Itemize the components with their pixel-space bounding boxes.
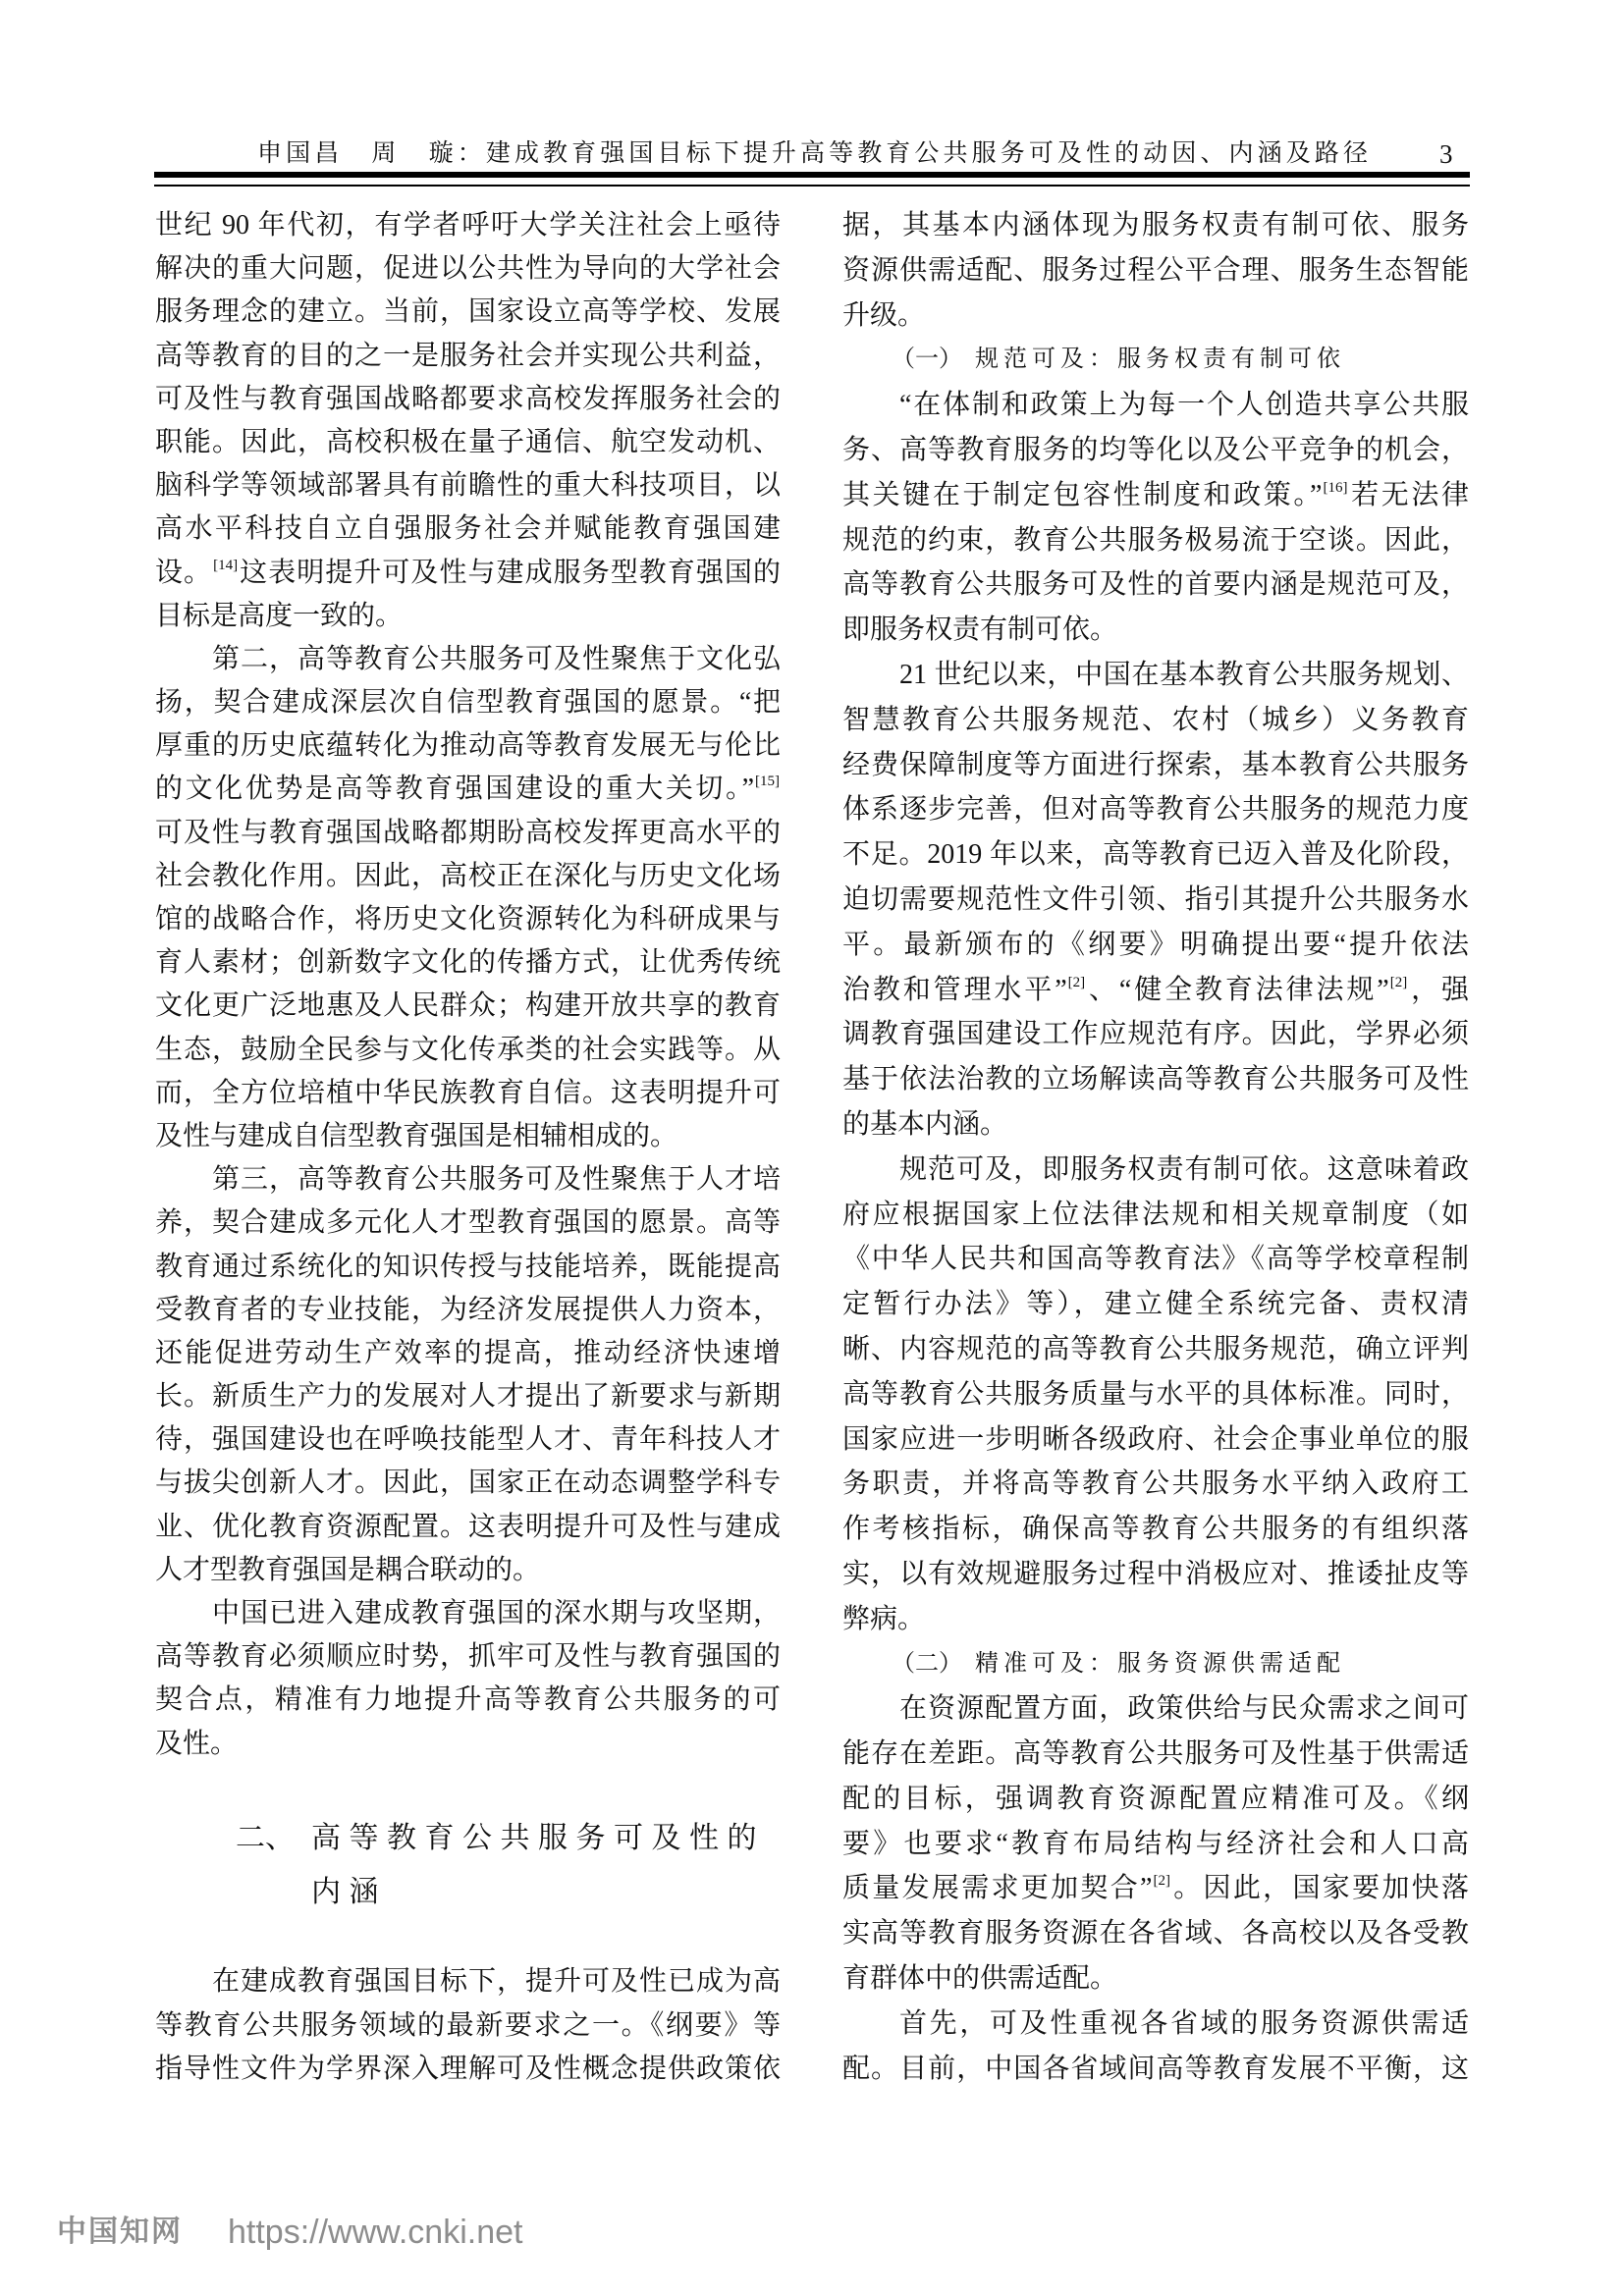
- text-segment: 业、优化教育资源配置。这表明提升可及性与建成: [155, 1512, 781, 1542]
- subheading: （二）精准可及：服务资源供需适配: [842, 1642, 1469, 1687]
- text-line: 教育通过系统化的知识传授与技能培养，既能提高: [155, 1246, 781, 1289]
- text-segment: 第二，高等教育公共服务可及性聚焦于文化弘: [212, 644, 781, 674]
- header-rule-thick: [154, 172, 1470, 178]
- running-header: 申国昌 周 璇：建成教育强国目标下提升高等教育公共服务可及性的动因、内涵及路径: [257, 139, 1368, 169]
- column-left: 世纪 90 年代初，有学者呼吁大学关注社会上亟待解决的重大问题，促进以公共性为导…: [155, 204, 781, 2091]
- text-segment: 可及性与教育强国战略都期盼高校发挥更高水平的: [155, 818, 781, 848]
- paragraph: “在体制和政策上为每一个人创造共享公共服务、高等教育服务的均等化以及公平竞争的机…: [842, 383, 1469, 653]
- text-segment: 中国已进入建成教育强国的深水期与攻坚期，: [212, 1598, 781, 1629]
- text-segment: 经费保障制度等方面进行探索，基本教育公共服务: [842, 750, 1469, 780]
- text-segment: 作考核指标，确保高等教育公共服务的有组织落: [842, 1514, 1469, 1544]
- text-line: 其关键在于制定包容性制度和政策。”[16]若无法律: [842, 473, 1469, 518]
- text-line: 国家应进一步明晰各级政府、社会企事业单位的服: [842, 1417, 1469, 1463]
- text-line: 配的目标，强调教育资源配置应精准可及。《纲: [842, 1777, 1469, 1822]
- text-segment: 等教育公共服务领域的最新要求之一。《纲要》等: [155, 2010, 781, 2041]
- text-line: 高水平科技自立自强服务社会并赋能教育强国建: [155, 507, 781, 551]
- text-line: 长。新质生产力的发展对人才提出了新要求与新期: [155, 1375, 781, 1418]
- text-line: 文化更广泛地惠及人民群众；构建开放共享的教育: [155, 985, 781, 1028]
- text-segment: 配。目前，中国各省域间高等教育发展不平衡，这: [842, 2054, 1469, 2084]
- text-line: 设。[14]这表明提升可及性与建成服务型教育强国的: [155, 552, 781, 595]
- text-segment: 不足。2019 年以来，高等教育已迈入普及化阶段，: [842, 839, 1469, 870]
- text-line: 《中华人民共和国高等教育法》《高等学校章程制: [842, 1237, 1469, 1282]
- text-segment: 升级。: [842, 300, 925, 331]
- text-segment: 体系逐步完善，但对高等教育公共服务的规范力度: [842, 794, 1469, 825]
- subheading-title: 精准可及：服务资源供需适配: [975, 1651, 1345, 1677]
- header-article-title: 建成教育强国目标下提升高等教育公共服务可及性的动因、内涵及路径: [486, 140, 1368, 167]
- text-line: 资源供需适配、服务过程公平合理、服务生态智能: [842, 248, 1469, 294]
- text-segment: 的文化优势是高等教育强国建设的重大关切。”: [155, 774, 754, 804]
- text-segment: 厚重的历史底蕴转化为推动高等教育发展无与伦比: [155, 730, 781, 761]
- text-segment: 及性。: [155, 1729, 238, 1759]
- text-segment: “在体制和政策上为每一个人创造共享公共服: [899, 390, 1469, 420]
- paragraph: 据，其基本内涵体现为服务权责有制可依、服务资源供需适配、服务过程公平合理、服务生…: [842, 203, 1469, 338]
- text-segment: 社会教化作用。因此，高校正在深化与历史文化场: [155, 861, 781, 891]
- text-line: 要》也要求“教育布局结构与经济社会和人口高: [842, 1822, 1469, 1867]
- text-line: 第三，高等教育公共服务可及性聚焦于人才培: [155, 1158, 781, 1201]
- paragraph: 21 世纪以来，中国在基本教育公共服务规划、智慧教育公共服务规范、农村（城乡）义…: [842, 653, 1469, 1148]
- text-line: 作考核指标，确保高等教育公共服务的有组织落: [842, 1507, 1469, 1552]
- text-segment: 与拔尖创新人才。因此，国家正在动态调整学科专: [155, 1468, 781, 1498]
- page-number: 3: [1439, 139, 1453, 169]
- text-line: 晰、内容规范的高等教育公共服务规范，确立评判: [842, 1327, 1469, 1372]
- text-segment: 实高等教育服务资源在各省域、各高校以及各受教: [842, 1918, 1469, 1949]
- text-line: 脑科学等领域部署具有前瞻性的重大科技项目，以: [155, 464, 781, 507]
- text-segment: 实，以有效规避服务过程中消极应对、推诿扯皮等: [842, 1559, 1469, 1589]
- text-segment: 解决的重大问题，促进以公共性为导向的大学社会: [155, 253, 781, 284]
- text-line: 定暂行办法》等），建立健全系统完备、责权清: [842, 1282, 1469, 1327]
- text-segment: 首先，可及性重视各省域的服务资源供需适: [899, 2008, 1469, 2039]
- text-segment: 高水平科技自立自强服务社会并赋能教育强国建: [155, 513, 781, 544]
- text-line: 与拔尖创新人才。因此，国家正在动态调整学科专: [155, 1462, 781, 1505]
- citation-marker: [2]: [1067, 975, 1087, 990]
- text-line: 据，其基本内涵体现为服务权责有制可依、服务: [842, 203, 1469, 248]
- citation-marker: [2]: [1389, 975, 1409, 990]
- text-line: 基于依法治教的立场解读高等教育公共服务可及性: [842, 1057, 1469, 1102]
- text-segment: 及性与建成自信型教育强国是相辅相成的。: [155, 1121, 677, 1151]
- text-segment: 晰、内容规范的高等教育公共服务规范，确立评判: [842, 1334, 1469, 1364]
- text-line: 府应根据国家上位法律法规和相关规章制度（如: [842, 1193, 1469, 1238]
- section-heading-line: 内涵: [155, 1865, 781, 1919]
- text-segment: 高等教育的目的之一是服务社会并实现公共利益，: [155, 341, 781, 371]
- text-segment: 在建成教育强国目标下，提升可及性已成为高: [212, 1966, 781, 1997]
- text-line: 指导性文件为学界深入理解可及性概念提供政策依: [155, 2048, 781, 2091]
- text-segment: 配的目标，强调教育资源配置应精准可及。《纲: [842, 1784, 1469, 1814]
- text-segment: 若无法律: [1348, 480, 1469, 510]
- text-segment: 即服务权责有制可依。: [842, 614, 1117, 645]
- text-segment: 务、高等教育服务的均等化以及公平竞争的机会，: [842, 435, 1469, 465]
- text-segment: 而，全方位培植中华民族教育自信。这表明提升可: [155, 1078, 781, 1108]
- text-line: 养，契合建成多元化人才型教育强国的愿景。高等: [155, 1201, 781, 1245]
- text-segment: 目标是高度一致的。: [155, 601, 403, 631]
- section-title: 内涵: [311, 1875, 387, 1909]
- header-authors: 申国昌 周 璇：: [257, 140, 486, 167]
- text-line: 职能。因此，高校积极在量子通信、航空发动机、: [155, 421, 781, 464]
- text-line: 高等教育公共服务质量与水平的具体标准。同时，: [842, 1372, 1469, 1417]
- text-line: 的文化优势是高等教育强国建设的重大关切。”[15]: [155, 768, 781, 811]
- text-line: 中国已进入建成教育强国的深水期与攻坚期，: [155, 1592, 781, 1635]
- text-segment: 长。新质生产力的发展对人才提出了新要求与新期: [155, 1381, 781, 1412]
- text-line: 首先，可及性重视各省域的服务资源供需适: [842, 2002, 1469, 2047]
- text-line: 第二，高等教育公共服务可及性聚焦于文化弘: [155, 638, 781, 681]
- text-segment: 规范的约束，教育公共服务极易流于空谈。因此，: [842, 525, 1469, 556]
- paragraph: 首先，可及性重视各省域的服务资源供需适配。目前，中国各省域间高等教育发展不平衡，…: [842, 2002, 1469, 2092]
- text-segment: 的基本内涵。: [842, 1109, 1007, 1140]
- text-line: 智慧教育公共服务规范、农村（城乡）义务教育: [842, 698, 1469, 743]
- paragraph: 世纪 90 年代初，有学者呼吁大学关注社会上亟待解决的重大问题，促进以公共性为导…: [155, 204, 781, 638]
- text-segment: 、“健全教育法律法规”: [1086, 975, 1389, 1005]
- paragraph: 第二，高等教育公共服务可及性聚焦于文化弘扬，契合建成深层次自信型教育强国的愿景。…: [155, 638, 781, 1158]
- text-segment: 契合点，精准有力地提升高等教育公共服务的可: [155, 1684, 781, 1715]
- text-segment: 国家应进一步明晰各级政府、社会企事业单位的服: [842, 1424, 1469, 1455]
- citation-marker: [2]: [1152, 1873, 1171, 1889]
- watermark-logo: 中国知网: [57, 2214, 183, 2251]
- text-segment: 养，契合建成多元化人才型教育强国的愿景。高等: [155, 1207, 781, 1238]
- text-segment: ，强: [1408, 975, 1469, 1005]
- text-segment: 质量发展需求更加契合”: [842, 1873, 1152, 1903]
- header-rule-thin: [154, 185, 1470, 187]
- text-segment: 教育通过系统化的知识传授与技能培养，既能提高: [155, 1252, 781, 1282]
- paragraph: 规范可及，即服务权责有制可依。这意味着政府应根据国家上位法律法规和相关规章制度（…: [842, 1148, 1469, 1642]
- text-segment: 平。最新颁布的《纲要》明确提出要“提升依法: [842, 930, 1469, 960]
- text-line: 社会教化作用。因此，高校正在深化与历史文化场: [155, 855, 781, 898]
- text-segment: 职能。因此，高校积极在量子通信、航空发动机、: [155, 427, 781, 457]
- text-segment: 弊病。: [842, 1604, 925, 1634]
- text-line: “在体制和政策上为每一个人创造共享公共服: [842, 383, 1469, 428]
- text-segment: 还能促进劳动生产效率的提高，推动经济快速增: [155, 1338, 781, 1368]
- text-segment: 文化更广泛地惠及人民群众；构建开放共享的教育: [155, 990, 781, 1021]
- text-line: 规范的约束，教育公共服务极易流于空谈。因此，: [842, 518, 1469, 563]
- citation-marker: [14]: [212, 558, 239, 573]
- section-number: 二、: [236, 1811, 311, 1865]
- paragraph: 在建成教育强国目标下，提升可及性已成为高等教育公共服务领域的最新要求之一。《纲要…: [155, 1960, 781, 2091]
- section-title: 高等教育公共服务可及性的: [311, 1821, 765, 1855]
- text-line: 及性与建成自信型教育强国是相辅相成的。: [155, 1115, 781, 1158]
- text-line: 生态，鼓励全民参与文化传承类的社会实践等。从: [155, 1029, 781, 1072]
- text-line: 迫切需要规范性文件引领、指引其提升公共服务水: [842, 878, 1469, 923]
- text-line: 待，强国建设也在呼唤技能型人才、青年科技人才: [155, 1418, 781, 1462]
- paragraph: 中国已进入建成教育强国的深水期与攻坚期，高等教育必须顺应时势，抓牢可及性与教育强…: [155, 1592, 781, 1766]
- column-right: 据，其基本内涵体现为服务权责有制可依、服务资源供需适配、服务过程公平合理、服务生…: [842, 203, 1469, 2091]
- text-line: 育群体中的供需适配。: [842, 1956, 1469, 2002]
- text-segment: 府应根据国家上位法律法规和相关规章制度（如: [842, 1200, 1469, 1230]
- text-line: 世纪 90 年代初，有学者呼吁大学关注社会上亟待: [155, 204, 781, 247]
- text-line: 业、优化教育资源配置。这表明提升可及性与建成: [155, 1506, 781, 1549]
- text-line: 等教育公共服务领域的最新要求之一。《纲要》等: [155, 2004, 781, 2048]
- text-segment: 生态，鼓励全民参与文化传承类的社会实践等。从: [155, 1035, 781, 1065]
- text-line: 务职责，并将高等教育公共服务水平纳入政府工: [842, 1462, 1469, 1507]
- text-line: 质量发展需求更加契合”[2]。因此，国家要加快落: [842, 1866, 1469, 1911]
- text-line: 高等教育必须顺应时势，抓牢可及性与教育强国的: [155, 1635, 781, 1679]
- text-segment: 第三，高等教育公共服务可及性聚焦于人才培: [212, 1164, 781, 1195]
- text-line: 即服务权责有制可依。: [842, 608, 1469, 653]
- text-segment: 能存在差距。高等教育公共服务可及性基于供需适: [842, 1738, 1469, 1769]
- text-line: 还能促进劳动生产效率的提高，推动经济快速增: [155, 1332, 781, 1375]
- text-line: 高等教育公共服务可及性的首要内涵是规范可及，: [842, 562, 1469, 608]
- subheading-title: 规范可及：服务权责有制可依: [975, 347, 1345, 372]
- paragraph: 第三，高等教育公共服务可及性聚焦于人才培养，契合建成多元化人才型教育强国的愿景。…: [155, 1158, 781, 1592]
- text-segment: 世纪 90 年代初，有学者呼吁大学关注社会上亟待: [155, 210, 781, 240]
- text-line: 调教育强国建设工作应规范有序。因此，学界必须: [842, 1012, 1469, 1057]
- text-line: 扬，契合建成深层次自信型教育强国的愿景。“把: [155, 681, 781, 724]
- paragraph: 在资源配置方面，政策供给与民众需求之间可能存在差距。高等教育公共服务可及性基于供…: [842, 1686, 1469, 2002]
- text-line: 务、高等教育服务的均等化以及公平竞争的机会，: [842, 428, 1469, 473]
- text-line: 规范可及，即服务权责有制可依。这意味着政: [842, 1148, 1469, 1193]
- text-segment: 馆的战略合作，将历史文化资源转化为科研成果与: [155, 904, 781, 934]
- text-line: 而，全方位培植中华民族教育自信。这表明提升可: [155, 1072, 781, 1115]
- text-segment: 受教育者的专业技能，为经济发展提供人力资本，: [155, 1295, 781, 1325]
- text-segment: 要》也要求“教育布局结构与经济社会和人口高: [842, 1829, 1469, 1859]
- text-segment: 高等教育必须顺应时势，抓牢可及性与教育强国的: [155, 1641, 781, 1672]
- text-line: 弊病。: [842, 1597, 1469, 1642]
- section-heading-line: 二、高等教育公共服务可及性的: [155, 1811, 781, 1865]
- text-segment: 治教和管理水平”: [842, 975, 1067, 1005]
- text-line: 目标是高度一致的。: [155, 595, 781, 638]
- watermark-url: https://www.cnki.net: [228, 2214, 522, 2251]
- text-line: 治教和管理水平”[2]、“健全教育法律法规”[2]，强: [842, 968, 1469, 1013]
- text-line: 受教育者的专业技能，为经济发展提供人力资本，: [155, 1289, 781, 1332]
- citation-marker: [16]: [1322, 480, 1348, 496]
- text-segment: 据，其基本内涵体现为服务权责有制可依、服务: [842, 210, 1469, 240]
- text-segment: 这表明提升可及性与建成服务型教育强国的: [239, 558, 781, 588]
- text-line: 可及性与教育强国战略都要求高校发挥服务社会的: [155, 378, 781, 421]
- text-segment: 21 世纪以来，中国在基本教育公共服务规划、: [899, 660, 1469, 690]
- text-line: 配。目前，中国各省域间高等教育发展不平衡，这: [842, 2047, 1469, 2092]
- text-line: 实高等教育服务资源在各省域、各高校以及各受教: [842, 1911, 1469, 1956]
- text-line: 人才型教育强国是耦合联动的。: [155, 1549, 781, 1592]
- subheading: （一）规范可及：服务权责有制可依: [842, 338, 1469, 383]
- text-line: 契合点，精准有力地提升高等教育公共服务的可: [155, 1679, 781, 1722]
- text-line: 体系逐步完善，但对高等教育公共服务的规范力度: [842, 787, 1469, 832]
- subheading-number: （一）: [892, 338, 975, 383]
- text-segment: 高等教育公共服务可及性的首要内涵是规范可及，: [842, 569, 1469, 600]
- text-segment: 育人素材；创新数字文化的传播方式，让优秀传统: [155, 947, 781, 978]
- text-segment: 设。: [155, 558, 212, 588]
- text-segment: 待，强国建设也在呼唤技能型人才、青年科技人才: [155, 1424, 781, 1455]
- text-line: 实，以有效规避服务过程中消极应对、推诿扯皮等: [842, 1552, 1469, 1597]
- text-segment: 在资源配置方面，政策供给与民众需求之间可: [899, 1693, 1469, 1724]
- text-segment: 扬，契合建成深层次自信型教育强国的愿景。“把: [155, 687, 781, 718]
- text-line: 在资源配置方面，政策供给与民众需求之间可: [842, 1686, 1469, 1732]
- text-line: 及性。: [155, 1723, 781, 1766]
- subheading-number: （二）: [892, 1642, 975, 1687]
- text-line: 能存在差距。高等教育公共服务可及性基于供需适: [842, 1732, 1469, 1777]
- citation-marker: [15]: [754, 774, 781, 789]
- text-segment: 《中华人民共和国高等教育法》《高等学校章程制: [842, 1244, 1469, 1274]
- text-segment: 智慧教育公共服务规范、农村（城乡）义务教育: [842, 705, 1469, 735]
- text-line: 高等教育的目的之一是服务社会并实现公共利益，: [155, 335, 781, 378]
- text-segment: 定暂行办法》等），建立健全系统完备、责权清: [842, 1289, 1469, 1319]
- text-segment: 高等教育公共服务质量与水平的具体标准。同时，: [842, 1379, 1469, 1410]
- text-line: 可及性与教育强国战略都期盼高校发挥更高水平的: [155, 812, 781, 855]
- text-segment: 迫切需要规范性文件引领、指引其提升公共服务水: [842, 884, 1469, 915]
- text-line: 厚重的历史底蕴转化为推动高等教育发展无与伦比: [155, 724, 781, 768]
- text-segment: 育群体中的供需适配。: [842, 1963, 1117, 1994]
- text-segment: 指导性文件为学界深入理解可及性概念提供政策依: [155, 2054, 781, 2084]
- text-line: 馆的战略合作，将历史文化资源转化为科研成果与: [155, 898, 781, 941]
- text-line: 平。最新颁布的《纲要》明确提出要“提升依法: [842, 923, 1469, 968]
- text-line: 在建成教育强国目标下，提升可及性已成为高: [155, 1960, 781, 2003]
- text-segment: 基于依法治教的立场解读高等教育公共服务可及性: [842, 1064, 1469, 1095]
- text-line: 服务理念的建立。当前，国家设立高等学校、发展: [155, 291, 781, 334]
- text-segment: 服务理念的建立。当前，国家设立高等学校、发展: [155, 296, 781, 327]
- text-segment: 调教育强国建设工作应规范有序。因此，学界必须: [842, 1019, 1469, 1049]
- text-line: 升级。: [842, 294, 1469, 339]
- text-segment: 务职责，并将高等教育公共服务水平纳入政府工: [842, 1468, 1469, 1499]
- text-line: 21 世纪以来，中国在基本教育公共服务规划、: [842, 653, 1469, 698]
- text-segment: 可及性与教育强国战略都要求高校发挥服务社会的: [155, 384, 781, 414]
- text-segment: 资源供需适配、服务过程公平合理、服务生态智能: [842, 255, 1469, 286]
- text-segment: 人才型教育强国是耦合联动的。: [155, 1555, 540, 1585]
- text-segment: 其关键在于制定包容性制度和政策。”: [842, 480, 1322, 510]
- text-line: 的基本内涵。: [842, 1102, 1469, 1148]
- text-segment: 脑科学等领域部署具有前瞻性的重大科技项目，以: [155, 470, 781, 501]
- text-line: 育人素材；创新数字文化的传播方式，让优秀传统: [155, 941, 781, 985]
- section-heading: 二、高等教育公共服务可及性的内涵: [155, 1811, 781, 1919]
- text-segment: 。因此，国家要加快落: [1171, 1873, 1469, 1903]
- text-line: 解决的重大问题，促进以公共性为导向的大学社会: [155, 247, 781, 291]
- text-segment: 规范可及，即服务权责有制可依。这意味着政: [899, 1154, 1469, 1185]
- text-line: 经费保障制度等方面进行探索，基本教育公共服务: [842, 743, 1469, 788]
- text-line: 不足。2019 年以来，高等教育已迈入普及化阶段，: [842, 832, 1469, 878]
